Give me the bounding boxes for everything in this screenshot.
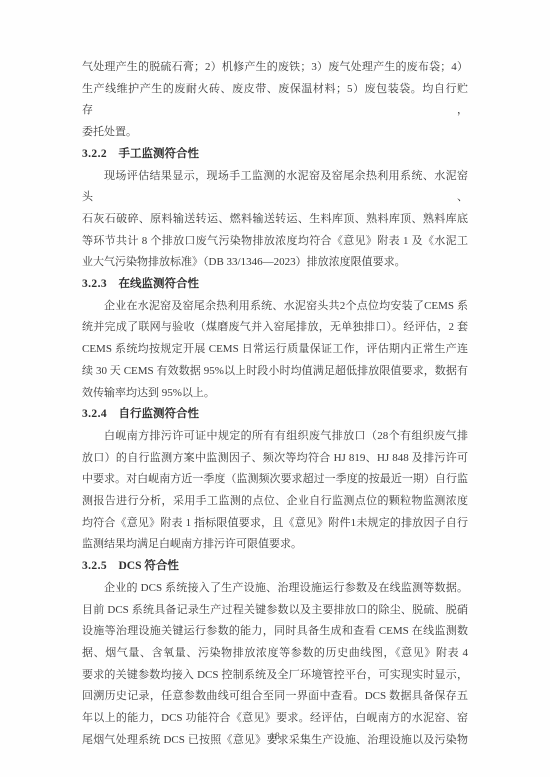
text-line: 委托处置。	[82, 122, 468, 144]
section-heading: 3.2.4自行监测符合性	[82, 404, 468, 426]
text-line: 效传输率均达到 95%以上。	[82, 383, 468, 405]
text-line: 要求的关键参数均接入 DCS 控制系统及全厂环境管控平台，可实现实时显示，	[82, 665, 468, 687]
text-line: 企业的 DCS 系统接入了生产设施、治理设施运行参数及在线监测等数据。	[82, 578, 468, 600]
text-line: 中要求。对白岘南方近一季度（监测频次要求超过一季度的按最近一期）自行监	[82, 469, 468, 491]
section-number: 3.2.3	[82, 274, 107, 296]
text-line: 现场评估结果显示，现场手工监测的水泥窑及窑尾余热利用系统、水泥窑头、	[82, 166, 468, 209]
text-line: 监测结果均满足白岘南方排污许可限值要求。	[82, 534, 468, 556]
section-title: DCS 符合性	[119, 560, 179, 572]
section-title: 自行监测符合性	[119, 408, 200, 420]
page-footer: 18	[0, 726, 550, 744]
text-line: 生产线维护产生的废耐火砖、废皮带、废保温材料；5）废包装袋。均自行贮存，	[82, 79, 468, 122]
section-heading: 3.2.3在线监测符合性	[82, 274, 468, 296]
text-line: 石灰石破碎、原料输送转运、燃料输送转运、生料库顶、熟料库顶、熟料库底	[82, 209, 468, 231]
text-line: 测报告进行分析，采用手工监测的点位、企业自行监测点位的颗粒物监测浓度	[82, 491, 468, 513]
section-number: 3.2.5	[82, 556, 107, 578]
text-line: 目前 DCS 系统具备记录生产过程关键参数以及主要排放口的除尘、脱硫、脱硝	[82, 600, 468, 622]
text-line: 据、烟气量、含氧量、污染物排放浓度等参数的历史曲线图，《意见》附表 4	[82, 643, 468, 665]
section-title: 手工监测符合性	[119, 148, 200, 160]
text-line: 设施等治理设施关键运行参数的能力，同时具备生成和查看 CEMS 在线监测数	[82, 621, 468, 643]
text-line: 等环节共计 8 个排放口废气污染物排放浓度均符合《意见》附表 1 及《水泥工	[82, 231, 468, 253]
section-heading: 3.2.5DCS 符合性	[82, 556, 468, 578]
text-line: 放口）的自行监测方案中监测因子、频次等均符合 HJ 819、HJ 848 及排污…	[82, 448, 468, 470]
paragraph: 现场评估结果显示，现场手工监测的水泥窑及窑尾余热利用系统、水泥窑头、石灰石破碎、…	[82, 166, 468, 275]
page-number: 18	[270, 732, 281, 742]
paragraph: 白岘南方排污许可证中规定的所有有组织废气排放口（28个有组织废气排放口）的自行监…	[82, 426, 468, 556]
paragraph: 企业在水泥窑及窑尾余热利用系统、水泥窑头共2个点位均安装了CEMS 系统并完成了…	[82, 296, 468, 405]
section-heading: 3.2.2手工监测符合性	[82, 144, 468, 166]
section-title: 在线监测符合性	[119, 278, 200, 290]
document-page: 气处理产生的脱硫石膏；2）机修产生的废铁；3）废气处理产生的废布袋；4）生产线维…	[0, 0, 550, 777]
text-line: 企业在水泥窑及窑尾余热利用系统、水泥窑头共2个点位均安装了CEMS 系	[82, 296, 468, 318]
text-line: 白岘南方排污许可证中规定的所有有组织废气排放口（28个有组织废气排	[82, 426, 468, 448]
text-line: 气处理产生的脱硫石膏；2）机修产生的废铁；3）废气处理产生的废布袋；4）	[82, 57, 468, 79]
paragraph: 气处理产生的脱硫石膏；2）机修产生的废铁；3）废气处理产生的废布袋；4）生产线维…	[82, 57, 468, 144]
text-line: 业大气污染物排放标准》（DB 33/1346—2023）排放浓度限值要求。	[82, 252, 468, 274]
text-line: 回溯历史记录，任意参数曲线可组合至同一界面中查看。DCS 数据具备保存五	[82, 686, 468, 708]
section-number: 3.2.2	[82, 144, 107, 166]
text-line: 均符合《意见》附表 1 指标限值要求，且《意见》附件1未规定的排放因子自行	[82, 513, 468, 535]
text-line: 统并完成了联网与验收（煤磨废气并入窑尾排放，无单独排口）。经评估，2 套	[82, 317, 468, 339]
document-body: 气处理产生的脱硫石膏；2）机修产生的废铁；3）废气处理产生的废布袋；4）生产线维…	[82, 57, 468, 752]
section-number: 3.2.4	[82, 404, 107, 426]
text-line: CEMS 系统均按规定开展 CEMS 日常运行质量保证工作，评估期内正常生产连	[82, 339, 468, 361]
text-line: 续 30 天 CEMS 有效数据 95%以上时段小时均值满足超低排放限值要求，数…	[82, 361, 468, 383]
